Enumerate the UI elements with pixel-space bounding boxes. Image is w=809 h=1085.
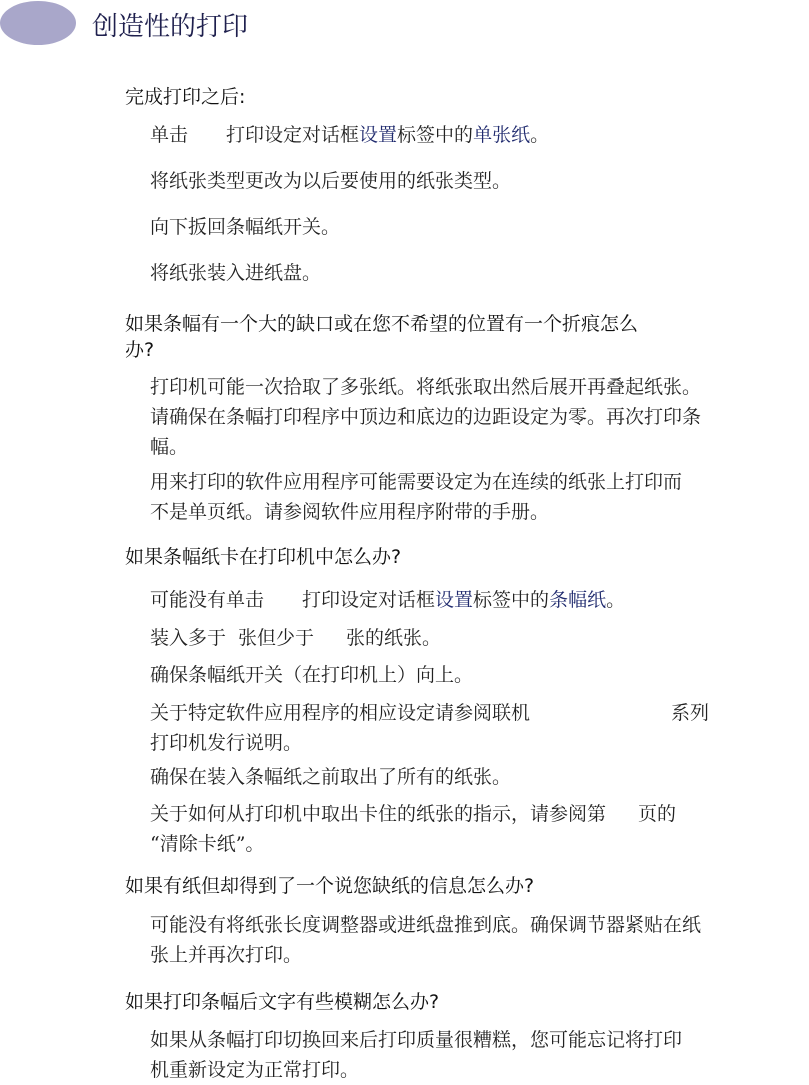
step-change-paper-type: 将纸张类型更改为以后要使用的纸张类型。 [150, 166, 511, 196]
answer-paper-guide: 可能没有将纸张长度调整器或进纸盘推到底。确保调节器紧贴在纸 张上并再次打印。 [150, 910, 701, 970]
answer-load-sheet-count: 装入多于张但少于张的纸张。 [150, 623, 441, 653]
link-settings-tab-2[interactable]: 设置 [435, 589, 473, 611]
link-single-sheet[interactable]: 单张纸 [473, 124, 530, 146]
link-settings-tab[interactable]: 设置 [359, 124, 397, 146]
answer-banner-switch-up: 确保条幅纸开关（在打印机上）向上。 [150, 660, 473, 690]
section-heading-gap-or-fold: 如果条幅有一个大的缺口或在您不希望的位置有一个折痕怎么 办? [125, 311, 638, 363]
answer-release-notes: 关于特定软件应用程序的相应设定请参阅联机系列 打印机发行说明。 [150, 698, 709, 758]
step-flip-banner-switch: 向下扳回条幅纸开关。 [150, 212, 340, 242]
answer-remove-paper: 确保在装入条幅纸之前取出了所有的纸张。 [150, 762, 511, 792]
answer-click-banner: 可能没有单击打印设定对话框设置标签中的条幅纸。 [150, 585, 625, 615]
page-header: 创造性的打印 [0, 0, 809, 50]
section-heading-out-of-paper: 如果有纸但却得到了一个说您缺纸的信息怎么办? [125, 873, 534, 899]
page-title: 创造性的打印 [92, 6, 248, 43]
answer-reset-normal-printing: 如果从条幅打印切换回来后打印质量很糟糕，您可能忘记将打印 机重新设定为正常打印。 [150, 1025, 682, 1085]
answer-continuous-paper: 用来打印的软件应用程序可能需要设定为在连续的纸张上打印而 不是单页纸。请参阅软件… [150, 467, 682, 527]
answer-multiple-sheets: 打印机可能一次拾取了多张纸。将纸张取出然后展开再叠起纸张。 请确保在条幅打印程序… [150, 372, 701, 462]
step-load-paper: 将纸张装入进纸盘。 [150, 258, 321, 288]
section-heading-banner-jam: 如果条幅纸卡在打印机中怎么办? [125, 544, 401, 570]
section-heading-after-printing: 完成打印之后: [125, 84, 245, 110]
answer-clear-jam-reference: 关于如何从打印机中取出卡住的纸张的指示，请参阅第页的 “清除卡纸”。 [150, 799, 676, 859]
step-click-single-sheet: 单击打印设定对话框设置标签中的单张纸。 [150, 120, 549, 150]
link-banner-paper[interactable]: 条幅纸 [549, 589, 606, 611]
section-heading-blurry-text: 如果打印条幅后文字有些模糊怎么办? [125, 989, 439, 1015]
header-oval-decoration [0, 1, 76, 45]
